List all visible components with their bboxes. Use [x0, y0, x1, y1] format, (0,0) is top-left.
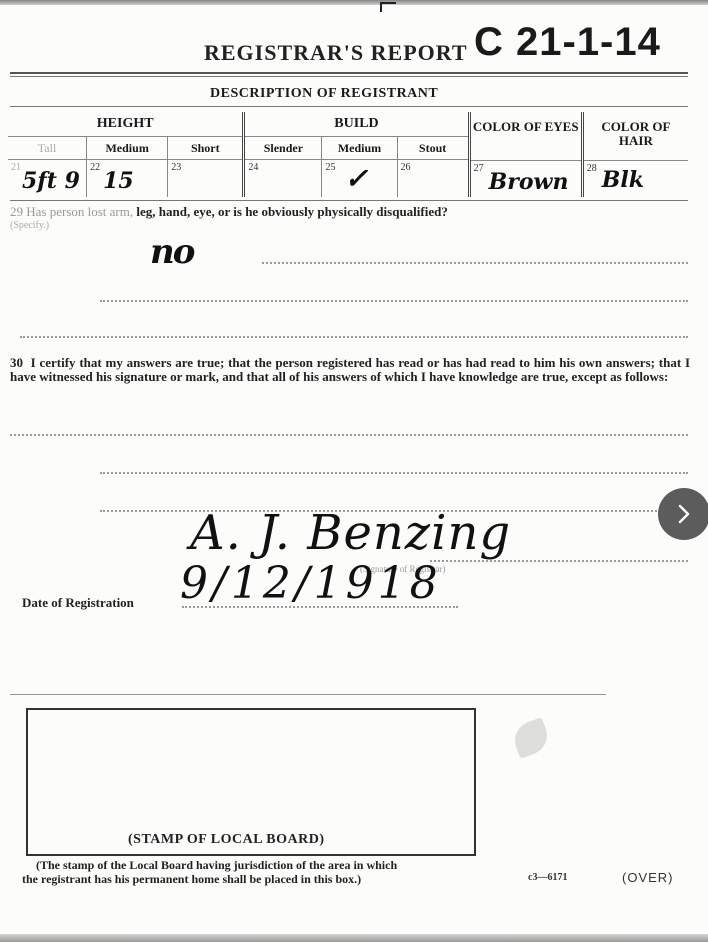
over-label: (OVER) [622, 870, 674, 885]
col-stout: Stout [398, 137, 468, 160]
group-height: HEIGHT [8, 112, 242, 137]
next-page-button[interactable] [658, 488, 708, 540]
divider [10, 76, 688, 77]
cell-slender: 24 [245, 160, 321, 196]
cell-eye-color: 27 Brown [471, 161, 581, 197]
stamp-label: (STAMP OF LOCAL BOARD) [128, 832, 325, 848]
document-page: REGISTRAR'S REPORT C 21-1-14 DESCRIPTION… [0, 0, 708, 942]
question-29-specify: (Specify.) [10, 220, 49, 231]
serial-number: C 21-1-14 [474, 20, 661, 65]
answer-line [20, 336, 688, 338]
col-height-medium: Medium [87, 137, 167, 160]
page-edge-top [0, 0, 708, 5]
date-line [182, 606, 458, 608]
leaf-watermark-icon [510, 717, 553, 759]
handwritten-tall: 5ft 9 [22, 168, 80, 194]
answer-line [262, 262, 688, 264]
divider [10, 694, 606, 695]
answer-line [100, 300, 688, 302]
group-hair: COLOR OF HAIR [601, 119, 670, 148]
cell-build-medium: 25 ✓ [322, 160, 396, 196]
table-bottom-rule [10, 200, 688, 201]
registration-date-value: 9/12/1918 [180, 558, 442, 609]
checkmark-icon: ✓ [344, 162, 367, 195]
page-edge-bottom [0, 934, 708, 942]
col-short: Short [168, 137, 242, 160]
cell-tall: 21 5ft 9 [8, 160, 86, 196]
divider [10, 72, 688, 74]
section-subtitle: DESCRIPTION OF REGISTRANT [210, 86, 438, 102]
divider [10, 106, 688, 107]
certification-text: 30 I certify that my answers are true; t… [10, 356, 690, 384]
cell-stout: 26 [398, 160, 468, 196]
col-build-medium: Medium [322, 137, 396, 160]
question-29: 29 Has person lost arm, leg, hand, eye, … [10, 204, 448, 220]
description-table: HEIGHT BUILD COLOR OF EYES COLOR OF HAIR… [8, 112, 688, 197]
chevron-right-icon [674, 503, 694, 525]
exception-line [100, 472, 688, 474]
stamp-note: (The stamp of the Local Board having jur… [22, 858, 397, 886]
group-eyes: COLOR OF EYES [473, 119, 579, 134]
cell-height-medium: 22 15 [87, 160, 167, 196]
cell-short: 23 [168, 160, 242, 196]
cell-hair-color: 28 Blk [584, 161, 688, 197]
form-number: c3—6171 [528, 872, 567, 883]
exception-line [10, 434, 688, 436]
handwritten-eye-color: Brown [489, 169, 569, 195]
col-tall: Tall [8, 137, 86, 160]
group-build: BUILD [245, 112, 467, 137]
handwritten-height-medium: 15 [103, 168, 134, 194]
handwritten-hair-color: Blk [602, 167, 644, 193]
registrar-signature: A. J. Benzing [190, 505, 511, 561]
answer-29: no [150, 232, 193, 272]
document-title: REGISTRAR'S REPORT [204, 40, 468, 66]
registration-date-label: Date of Registration [22, 595, 134, 611]
paper-mark [380, 2, 396, 12]
col-slender: Slender [245, 137, 321, 160]
